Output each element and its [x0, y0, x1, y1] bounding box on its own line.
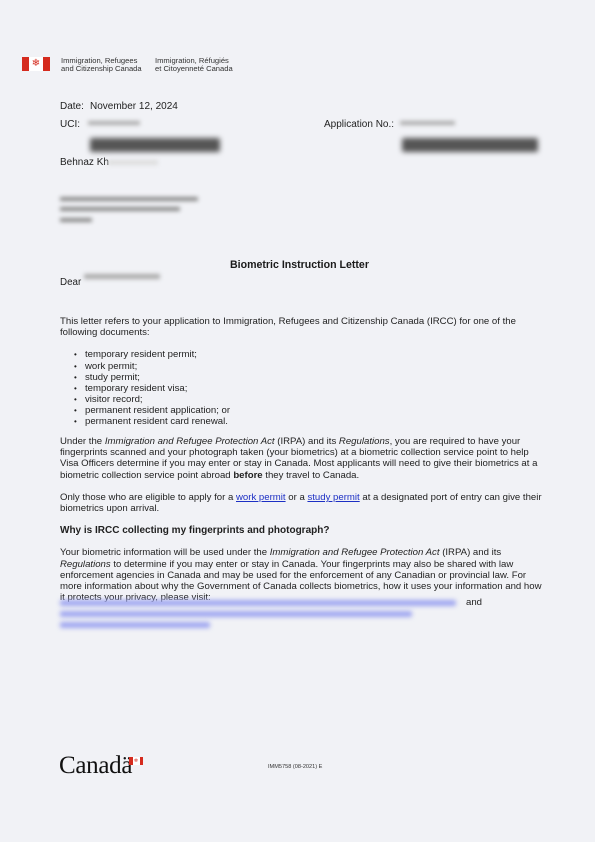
documents-list: temporary resident permit; work permit; … — [60, 349, 542, 427]
canada-wordmark: Canadä — [59, 752, 132, 780]
act-name: Immigration and Refugee Protection Act — [270, 547, 440, 558]
department-fr-line2: et Citoyenneté Canada — [155, 65, 233, 73]
work-permit-link[interactable]: work permit — [236, 492, 286, 503]
department-name-fr: Immigration, Réfugiés et Citoyenneté Can… — [155, 57, 233, 74]
eligibility-paragraph: Only those who are eligible to apply for… — [60, 492, 542, 514]
privacy-url-link-2-cont[interactable] — [60, 622, 210, 628]
text: (IRPA) and its — [275, 436, 339, 447]
text: (IRPA) and its — [440, 547, 502, 558]
date-value: November 12, 2024 — [90, 101, 178, 112]
regulations: Regulations — [60, 559, 111, 570]
uci-label: UCI: — [60, 119, 80, 130]
document-item: study permit; — [74, 372, 542, 383]
text: Only those who are eligible to apply for… — [60, 492, 236, 503]
document-item: temporary resident visa; — [74, 383, 542, 394]
intro-paragraph: This letter refers to your application t… — [60, 316, 542, 338]
act-name: Immigration and Refugee Protection Act — [105, 436, 275, 447]
letter-title: Biometric Instruction Letter — [0, 259, 595, 271]
letter-body: This letter refers to your application t… — [60, 316, 542, 604]
address-line-2-redacted — [60, 207, 180, 211]
document-item: temporary resident permit; — [74, 349, 542, 360]
study-permit-link[interactable]: study permit — [307, 492, 359, 503]
recipient-name-redacted — [108, 160, 158, 165]
salutation-name-redacted — [84, 274, 160, 279]
wordmark-flag-icon: ❄ — [129, 757, 143, 765]
and-text: and — [466, 597, 482, 608]
redacted-block-right — [402, 138, 538, 152]
section-heading: Why is IRCC collecting my fingerprints a… — [60, 525, 542, 536]
document-item: work permit; — [74, 361, 542, 372]
privacy-url-link-2[interactable] — [60, 611, 412, 617]
document-item: permanent resident card renewal. — [74, 416, 542, 427]
requirement-paragraph: Under the Immigration and Refugee Protec… — [60, 436, 542, 481]
department-name-en: Immigration, Refugees and Citizenship Ca… — [61, 57, 142, 74]
form-code: IMM5758 (08-2021) E — [268, 764, 322, 770]
address-line-3-redacted — [60, 218, 92, 222]
address-line-1-redacted — [60, 197, 198, 201]
recipient-name: Behnaz Kh — [60, 157, 109, 168]
uci-redacted — [88, 121, 140, 125]
privacy-url-link-1[interactable] — [60, 600, 456, 606]
text: Under the — [60, 436, 105, 447]
document-item: permanent resident application; or — [74, 405, 542, 416]
date-label: Date: — [60, 101, 84, 112]
application-no-label: Application No.: — [324, 119, 394, 130]
redacted-block-left — [90, 138, 220, 152]
emphasis-before: before — [233, 470, 262, 481]
text: they travel to Canada. — [263, 470, 360, 481]
salutation: Dear — [60, 277, 81, 288]
regulations: Regulations — [339, 436, 390, 447]
text: Your biometric information will be used … — [60, 547, 270, 558]
application-no-redacted — [400, 121, 455, 125]
text: or a — [286, 492, 308, 503]
canada-flag-icon: ❄ — [22, 57, 50, 71]
document-item: visitor record; — [74, 394, 542, 405]
department-en-line2: and Citizenship Canada — [61, 65, 142, 73]
biometric-use-paragraph: Your biometric information will be used … — [60, 547, 542, 603]
